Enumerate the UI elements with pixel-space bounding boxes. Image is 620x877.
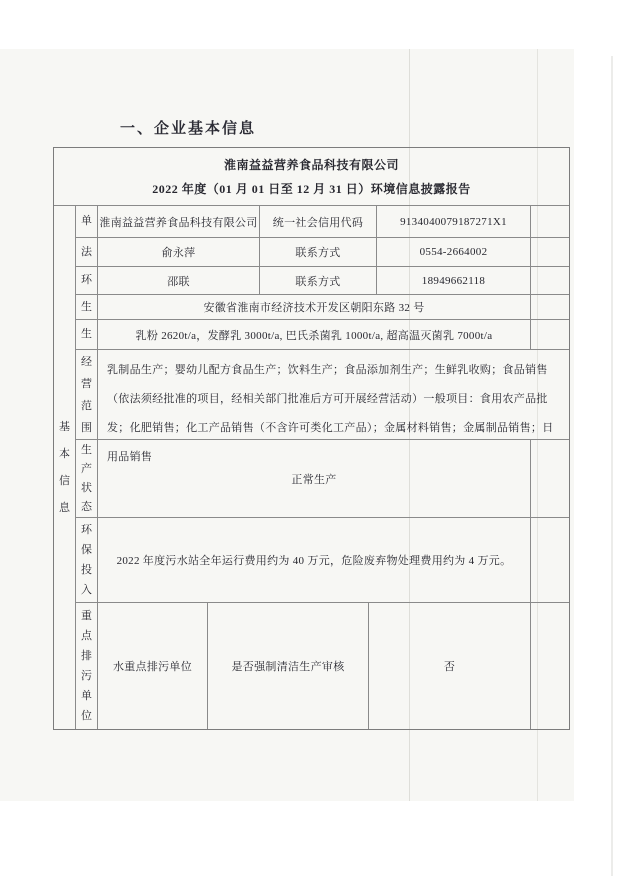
empty-cell bbox=[530, 295, 569, 319]
row-label-env: 环 bbox=[76, 267, 97, 294]
row-label-text: 生产状态 bbox=[80, 441, 93, 517]
table-row-unit: 单 淮南益益营养食品科技有限公司 统一社会信用代码 91340400791872… bbox=[76, 206, 569, 237]
clean-production-audit-value-cell: 否 bbox=[368, 603, 530, 729]
key-polluter-type-cell: 水重点排污单位 bbox=[97, 603, 207, 729]
row-label-text: 环保投入 bbox=[80, 520, 93, 600]
table-row-key-polluter: 重点排污单位 水重点排污单位 是否强制清洁生产审核 否 bbox=[76, 602, 569, 729]
scanned-report-page: 一、企业基本信息 淮南益益营养食品科技有限公司 2022 年度（01 月 01 … bbox=[0, 0, 620, 877]
table-row-env-investment: 环保投入 2022 年度污水站全年运行费用约为 40 万元，危险废弃物处理费用约… bbox=[76, 517, 569, 602]
table-row-products: 生 乳粉 2620t/a，发酵乳 3000t/a, 巴氏杀菌乳 1000t/a,… bbox=[76, 319, 569, 349]
basic-info-table: 淮南益益营养食品科技有限公司 2022 年度（01 月 01 日至 12 月 3… bbox=[53, 147, 570, 730]
legal-contact-label-cell: 联系方式 bbox=[259, 238, 376, 266]
credit-code-value-cell: 9134040079187271X1 bbox=[376, 206, 530, 237]
row-label-text: 经营范围 bbox=[80, 351, 93, 439]
empty-cell bbox=[530, 440, 569, 517]
credit-code-label-cell: 统一社会信用代码 bbox=[259, 206, 376, 237]
section-heading: 一、企业基本信息 bbox=[120, 117, 256, 138]
env-investment-cell: 2022 年度污水站全年运行费用约为 40 万元，危险废弃物处理费用约为 4 万… bbox=[97, 518, 530, 602]
row-label-text: 环 bbox=[80, 268, 93, 293]
address-cell: 安徽省淮南市经济技术开发区朝阳东路 32 号 bbox=[97, 295, 530, 319]
empty-cell bbox=[530, 206, 569, 237]
row-label-key-polluter: 重点排污单位 bbox=[76, 603, 97, 729]
row-label-address: 生 bbox=[76, 295, 97, 319]
business-scope-cell: 乳制品生产；婴幼儿配方食品生产；饮料生产；食品添加剂生产；生鲜乳收购；食品销售（… bbox=[97, 350, 569, 439]
row-label-legal: 法 bbox=[76, 238, 97, 266]
row-label-products: 生 bbox=[76, 320, 97, 349]
legal-rep-name-cell: 俞永萍 bbox=[97, 238, 259, 266]
empty-cell bbox=[530, 267, 569, 294]
env-contact-value-cell: 18949662118 bbox=[376, 267, 530, 294]
row-label-production-status: 生产状态 bbox=[76, 440, 97, 517]
products-cell: 乳粉 2620t/a，发酵乳 3000t/a, 巴氏杀菌乳 1000t/a, 超… bbox=[97, 320, 530, 349]
table-row-production-status: 生产状态 正常生产 bbox=[76, 439, 569, 517]
side-label-text: 基本信息 bbox=[58, 414, 71, 522]
table-title-block: 淮南益益营养食品科技有限公司 2022 年度（01 月 01 日至 12 月 3… bbox=[54, 148, 569, 205]
row-label-business-scope: 经营范围 bbox=[76, 350, 97, 439]
legal-contact-value-cell: 0554-2664002 bbox=[376, 238, 530, 266]
empty-cell bbox=[530, 603, 569, 729]
side-label-basic-info: 基本信息 bbox=[54, 206, 75, 729]
empty-cell bbox=[530, 238, 569, 266]
row-label-text: 法 bbox=[80, 240, 93, 265]
row-label-unit: 单 bbox=[76, 206, 97, 237]
table-row-legal-rep: 法 俞永萍 联系方式 0554-2664002 bbox=[76, 237, 569, 266]
company-name-title: 淮南益益营养食品科技有限公司 bbox=[224, 156, 399, 173]
report-title: 2022 年度（01 月 01 日至 12 月 31 日）环境信息披露报告 bbox=[152, 180, 471, 197]
row-label-env-investment: 环保投入 bbox=[76, 518, 97, 602]
row-label-text: 生 bbox=[80, 295, 93, 320]
scanner-edge-shadow bbox=[611, 56, 613, 876]
row-label-text: 单 bbox=[80, 209, 93, 234]
table-row-env-officer: 环 邵联 联系方式 18949662118 bbox=[76, 266, 569, 294]
row-label-text: 生 bbox=[80, 322, 93, 347]
unit-name-cell: 淮南益益营养食品科技有限公司 bbox=[97, 206, 259, 237]
env-officer-name-cell: 邵联 bbox=[97, 267, 259, 294]
table-body: 基本信息 单 淮南益益营养食品科技有限公司 统一社会信用代码 913404007… bbox=[54, 205, 569, 729]
env-contact-label-cell: 联系方式 bbox=[259, 267, 376, 294]
production-status-cell: 正常生产 bbox=[97, 440, 530, 517]
table-row-business-scope: 经营范围 乳制品生产；婴幼儿配方食品生产；饮料生产；食品添加剂生产；生鲜乳收购；… bbox=[76, 349, 569, 439]
empty-cell bbox=[530, 320, 569, 349]
table-row-address: 生 安徽省淮南市经济技术开发区朝阳东路 32 号 bbox=[76, 294, 569, 319]
empty-cell bbox=[530, 518, 569, 602]
clean-production-audit-label-cell: 是否强制清洁生产审核 bbox=[207, 603, 368, 729]
table-rows: 单 淮南益益营养食品科技有限公司 统一社会信用代码 91340400791872… bbox=[75, 206, 569, 729]
row-label-text: 重点排污单位 bbox=[80, 606, 93, 726]
